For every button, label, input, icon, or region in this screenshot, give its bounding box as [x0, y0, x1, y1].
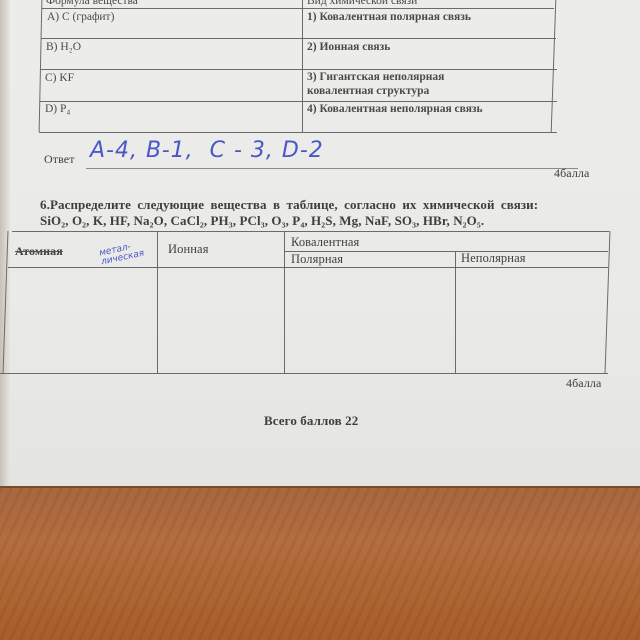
answer-handwriting: A-4, B-1, C - 3, D-2 [90, 138, 324, 163]
answer-part-c: C - 3, [210, 138, 274, 163]
formula-d: D) P₄ [45, 103, 70, 115]
bond-1: 1) Ковалентная полярная связь [307, 11, 471, 23]
bond-4: 4) Ковалентная неполярная связь [307, 103, 483, 115]
col-line [455, 252, 456, 373]
cell-metallic[interactable] [8, 269, 156, 372]
answer-part-a: A-4, [90, 138, 138, 163]
answer-underline[interactable] [86, 168, 578, 169]
bond-3-line2: ковалентная структура [307, 85, 429, 97]
bond-2: 2) Ионная связь [307, 41, 390, 53]
task6-points: 4балла [566, 376, 601, 391]
header-covalent: Ковалентная [291, 235, 359, 250]
answer-part-d: D-2 [282, 138, 324, 163]
row-line [40, 101, 557, 102]
total-points: Всего баллов 22 [264, 413, 358, 429]
header-bottom [8, 267, 608, 268]
header-formula: Формула вещества [46, 0, 138, 7]
wooden-table-surface [0, 486, 640, 640]
table-top [12, 231, 609, 232]
task6-prompt: 6.Распределите следующие вещества в табл… [40, 197, 538, 213]
cell-polar[interactable] [286, 269, 454, 372]
cell-ionic[interactable] [159, 269, 283, 372]
header-bond-type: Вид химической связи [307, 0, 417, 7]
subheader-polar: Полярная [291, 252, 343, 267]
row-line [41, 69, 557, 70]
answer-part-b: B-1 [146, 138, 186, 163]
row-line [42, 8, 554, 9]
row-line [39, 132, 557, 133]
header-ionic: Ионная [168, 242, 209, 257]
col-line [157, 231, 158, 373]
formula-c: C) KF [45, 72, 74, 84]
cell-nonpolar[interactable] [457, 269, 607, 372]
table-divider [302, 0, 303, 132]
formula-a: A) C (графит) [47, 11, 114, 23]
task6-substances: SiO₂, O₂, K, HF, Na₂O, CaCl₂, PH₃, PCl₃,… [40, 213, 484, 229]
bond-3-line1: 3) Гигантская неполярная [307, 71, 444, 83]
subheader-nonpolar: Неполярная [461, 251, 526, 266]
answer-comma: , [186, 138, 194, 163]
table-bottom [0, 373, 608, 374]
task5-points: 4балла [554, 166, 589, 181]
row-line [41, 38, 556, 39]
col-line [284, 231, 285, 373]
paper-shadow [0, 0, 10, 486]
header-atomic-struck: Атомная [15, 244, 63, 259]
formula-b: B) H₂O [46, 41, 81, 53]
answer-label: Ответ [44, 152, 75, 167]
